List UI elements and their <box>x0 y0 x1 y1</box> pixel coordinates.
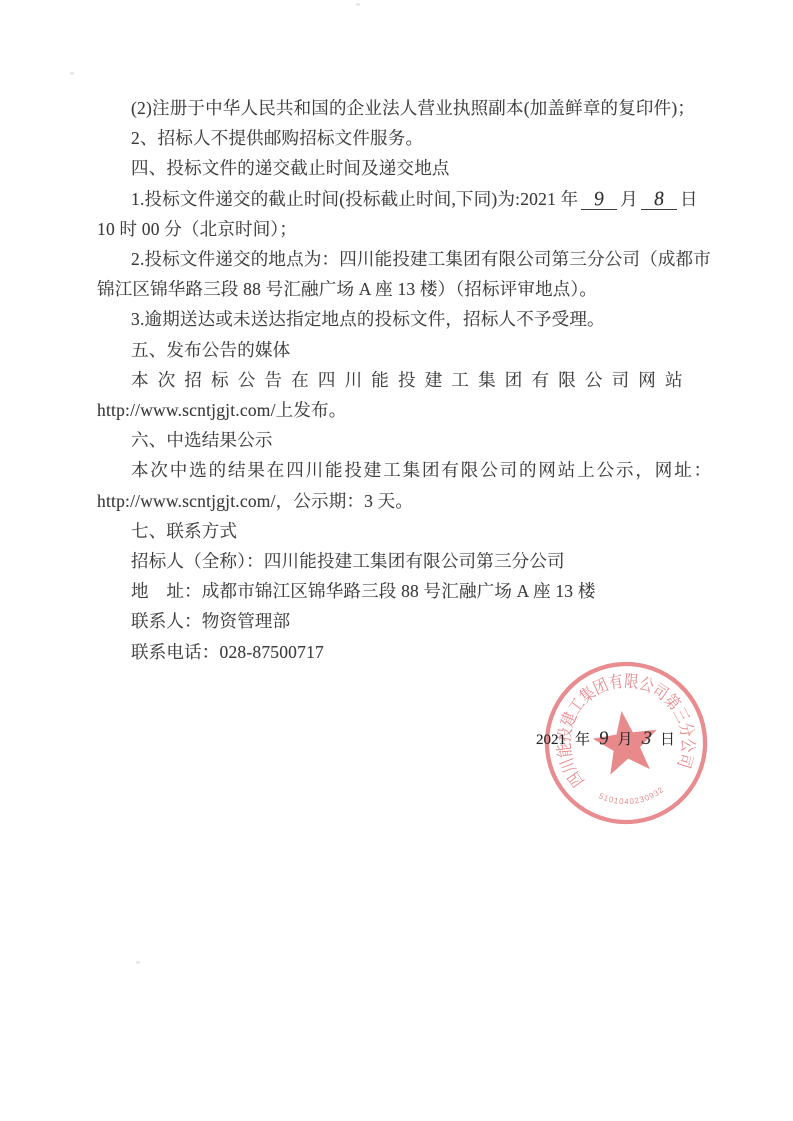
paragraph-contact-person: 联系人：物资管理部 <box>97 606 707 636</box>
section-heading-6: 六、中选结果公示 <box>97 425 707 455</box>
handwritten-day: 8 <box>653 188 665 209</box>
paragraph-license-copy: (2)注册于中华人民共和国的企业法人营业执照副本(加盖鲜章的复印件)； <box>97 93 707 123</box>
paragraph-result-publicity: 本次中选的结果在四川能投建工集团有限公司的网站上公示，网址： <box>97 455 707 485</box>
seal-serial-number: 5101040230932 <box>596 782 667 810</box>
announcement-body: (2)注册于中华人民共和国的企业法人营业执照副本(加盖鲜章的复印件)； 2、招标… <box>97 93 707 667</box>
date-year-label: 年 <box>575 728 590 749</box>
paragraph-tenderer-name: 招标人（全称）：四川能投建工集团有限公司第三分公司 <box>97 546 707 576</box>
section-heading-5: 五、发布公告的媒体 <box>97 335 707 365</box>
deadline-month-label: 月 <box>620 189 638 209</box>
paragraph-delivery-place-cont: 锦江区锦华路三段 88 号汇融广场 A 座 13 楼）（招标评审地点）。 <box>97 274 707 304</box>
handwritten-month: 9 <box>594 188 606 209</box>
section-heading-4: 四、投标文件的递交截止时间及递交地点 <box>97 153 707 183</box>
date-month-label: 月 <box>618 728 633 749</box>
paragraph-late-delivery: 3.逾期送达或未送达指定地点的投标文件，招标人不予受理。 <box>97 304 707 334</box>
date-day-label: 日 <box>660 728 675 749</box>
document-page: (2)注册于中华人民共和国的企业法人营业执照副本(加盖鲜章的复印件)； 2、招标… <box>0 0 793 1121</box>
paragraph-publish-url: http://www.scntjgjt.com/上发布。 <box>97 395 707 425</box>
scan-speck <box>136 961 140 964</box>
paragraph-address: 地 址：成都市锦江区锦华路三段 88 号汇融广场 A 座 13 楼 <box>97 576 707 606</box>
date-year: 2021 <box>536 732 566 749</box>
signature-date: 2021年9月3日 <box>536 728 675 750</box>
scan-speck <box>70 72 74 75</box>
deadline-month-blank: 9 <box>581 189 617 210</box>
paragraph-publish-media: 本次招标公告在四川能投建工集团有限公司网站 <box>97 365 707 395</box>
deadline-prefix: 1.投标文件递交的截止时间(投标截止时间,下同)为:2021 年 <box>131 189 578 209</box>
paragraph-deadline-time: 10 时 00 分（北京时间）； <box>97 214 707 244</box>
paragraph-delivery-place: 2.投标文件递交的地点为：四川能投建工集团有限公司第三分公司（成都市 <box>97 244 707 274</box>
deadline-day-blank: 8 <box>641 189 677 210</box>
paragraph-deadline: 1.投标文件递交的截止时间(投标截止时间,下同)为:2021 年9月8日 <box>97 184 707 214</box>
scan-speck <box>356 3 360 6</box>
handwritten-date-day: 3 <box>640 728 652 751</box>
section-heading-7: 七、联系方式 <box>97 516 707 546</box>
handwritten-date-month: 9 <box>598 728 609 751</box>
paragraph-no-mail-order: 2、招标人不提供邮购招标文件服务。 <box>97 123 707 153</box>
deadline-day-label: 日 <box>680 189 698 209</box>
paragraph-result-url: http://www.scntjgjt.com/，公示期：3 天。 <box>97 486 707 516</box>
